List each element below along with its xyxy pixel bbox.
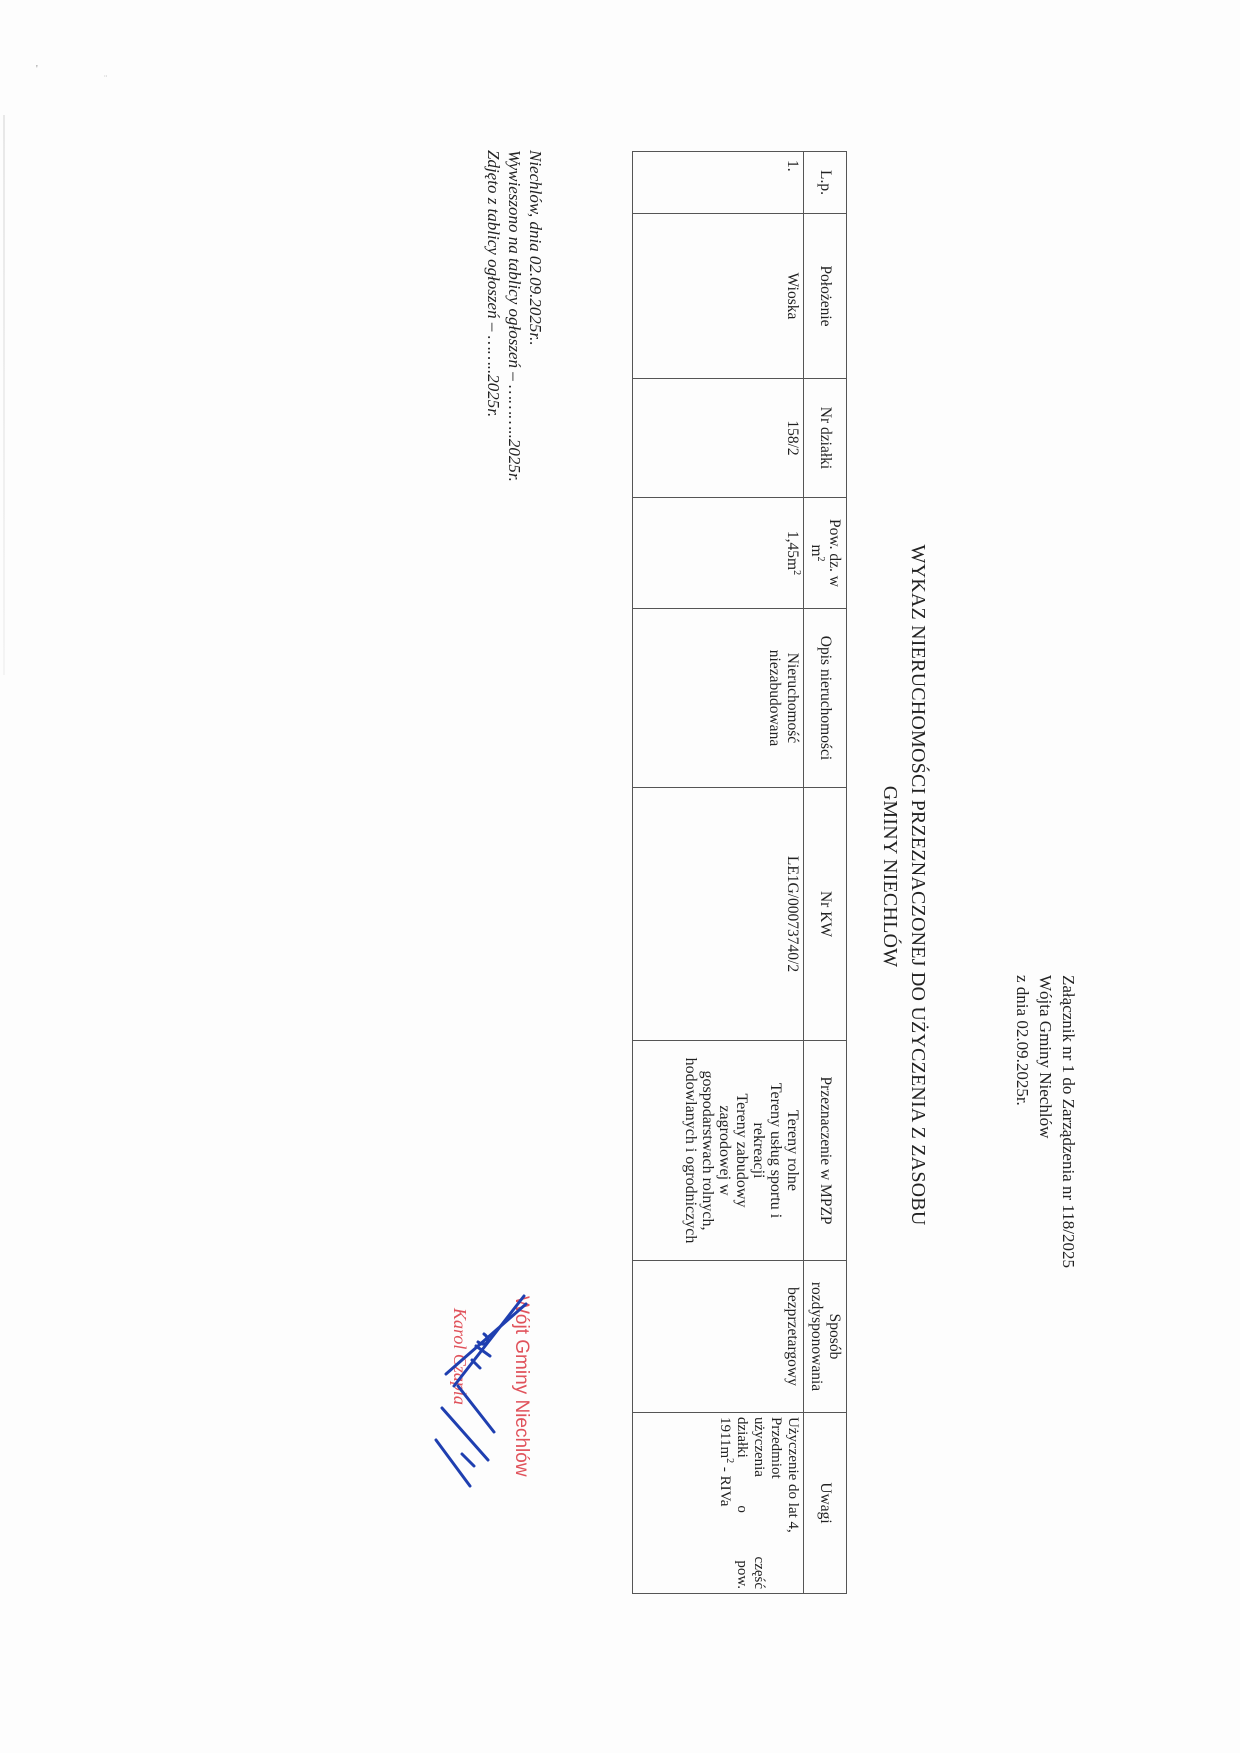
cell-uwagi: Użyczenie do lat 4, Przedmiot użyczeniac…: [633, 1413, 804, 1594]
przeznaczenie-line: hodowlanych i ogrodniczych: [682, 1045, 699, 1256]
przeznaczenie-line: zagrodowej w: [716, 1045, 733, 1256]
pow-sup: 2: [791, 570, 802, 575]
uwagi-word: - RIVa: [717, 1463, 733, 1506]
header-uwagi: Uwagi: [804, 1413, 847, 1594]
scanned-page: ' ¨ Załącznik nr 1 do Zarządzenia nr 118…: [0, 0, 1240, 1753]
uwagi-line: Użyczenie do lat 4,: [784, 1417, 801, 1589]
opis-line: Nieruchomość: [784, 653, 801, 743]
header-przeznaczenie: Przeznaczenie w MPZP: [804, 1041, 847, 1261]
opis-line: niezabudowana: [766, 650, 783, 746]
attachment-line: Załącznik nr 1 do Zarządzenia nr 118/202…: [1057, 975, 1080, 1268]
table-row: 1. Wioska 158/2 1,45m2 Nieruchomośćnieza…: [633, 152, 804, 1594]
uwagi-word: część: [750, 1557, 767, 1589]
document-title: WYKAZ NIERUCHOMOŚCI PRZEZNACZONEJ DO UŻY…: [876, 0, 932, 1753]
header-sposob-l1: Sposób: [826, 1314, 843, 1360]
place-date: Niechlów, dnia 02.09.2025r..: [525, 150, 546, 482]
header-sposob-l2: rozdysponowania: [808, 1282, 825, 1391]
przeznaczenie-line: Tereny zabudowy: [733, 1045, 750, 1256]
attachment-header: Załącznik nr 1 do Zarządzenia nr 118/202…: [1011, 975, 1080, 1268]
official-stamp-signature: Wójt Gminy Niechlów Karol Czapla: [422, 1290, 532, 1490]
pow-value: 1,45m: [784, 531, 801, 570]
title-line-1: WYKAZ NIERUCHOMOŚCI PRZEZNACZONEJ DO UŻY…: [904, 0, 932, 1753]
rotated-document: Załącznik nr 1 do Zarządzenia nr 118/202…: [0, 0, 1240, 1753]
uwagi-line: 1911m2 - RIVa: [716, 1417, 733, 1589]
uwagi-word: użyczenia: [750, 1417, 767, 1477]
przeznaczenie-line: rekreacji: [750, 1045, 767, 1256]
header-nr-kw: Nr KW: [804, 788, 847, 1041]
header-powierzchnia: Pow. dz. wm2: [804, 498, 847, 609]
uwagi-word: pow.: [733, 1560, 750, 1589]
cell-opis: Nieruchomośćniezabudowana: [633, 609, 804, 788]
cell-lp: 1.: [633, 152, 804, 214]
przeznaczenie-line: Tereny usług sportu i: [767, 1045, 784, 1256]
przeznaczenie-line: gospodarstwach rolnych,: [699, 1045, 716, 1256]
cell-nr-kw: LE1G/00073740/2: [633, 788, 804, 1041]
signature-icon: [422, 1290, 532, 1490]
uwagi-word: 1911m: [717, 1417, 733, 1458]
property-table: L.p. Położenie Nr działki Pow. dz. wm2 O…: [632, 151, 847, 1594]
table-header-row: L.p. Położenie Nr działki Pow. dz. wm2 O…: [804, 152, 847, 1594]
uwagi-line: użyczeniaczęść: [750, 1417, 767, 1589]
uwagi-line: działkiopow.: [733, 1417, 750, 1589]
header-nr-dzialki: Nr działki: [804, 379, 847, 498]
removed-date: Zdjęto z tablicy ogłoszeń – ……..2025r.: [483, 150, 504, 482]
uwagi-line: Przedmiot: [767, 1417, 784, 1589]
uwagi-word: działki: [733, 1417, 750, 1458]
cell-sposob: bezprzetargowy: [633, 1261, 804, 1413]
uwagi-word: o: [733, 1505, 750, 1513]
header-lp: L.p.: [804, 152, 847, 214]
header-polozenie: Położenie: [804, 214, 847, 379]
header-sposob: Sposóbrozdysponowania: [804, 1261, 847, 1413]
posting-notes: Niechlów, dnia 02.09.2025r.. Wywieszono …: [483, 150, 546, 482]
cell-nr-dzialki: 158/2: [633, 379, 804, 498]
attachment-line: z dnia 02.09.2025r.: [1011, 975, 1034, 1268]
cell-przeznaczenie: Tereny rolne Tereny usług sportu i rekre…: [633, 1041, 804, 1261]
przeznaczenie-line: Tereny rolne: [784, 1045, 801, 1256]
attachment-line: Wójta Gminy Niechlów: [1034, 975, 1057, 1268]
header-opis: Opis nieruchomości: [804, 609, 847, 788]
header-pow-label: Pow. dz. w: [826, 519, 843, 587]
cell-polozenie: Wioska: [633, 214, 804, 379]
posted-date: Wywieszono na tablicy ogłoszeń – ………..20…: [504, 150, 525, 482]
header-pow-unit-sup: 2: [815, 557, 826, 562]
title-line-2: GMINY NIECHLÓW: [876, 0, 904, 1753]
header-pow-unit: m: [808, 544, 825, 556]
cell-powierzchnia: 1,45m2: [633, 498, 804, 609]
